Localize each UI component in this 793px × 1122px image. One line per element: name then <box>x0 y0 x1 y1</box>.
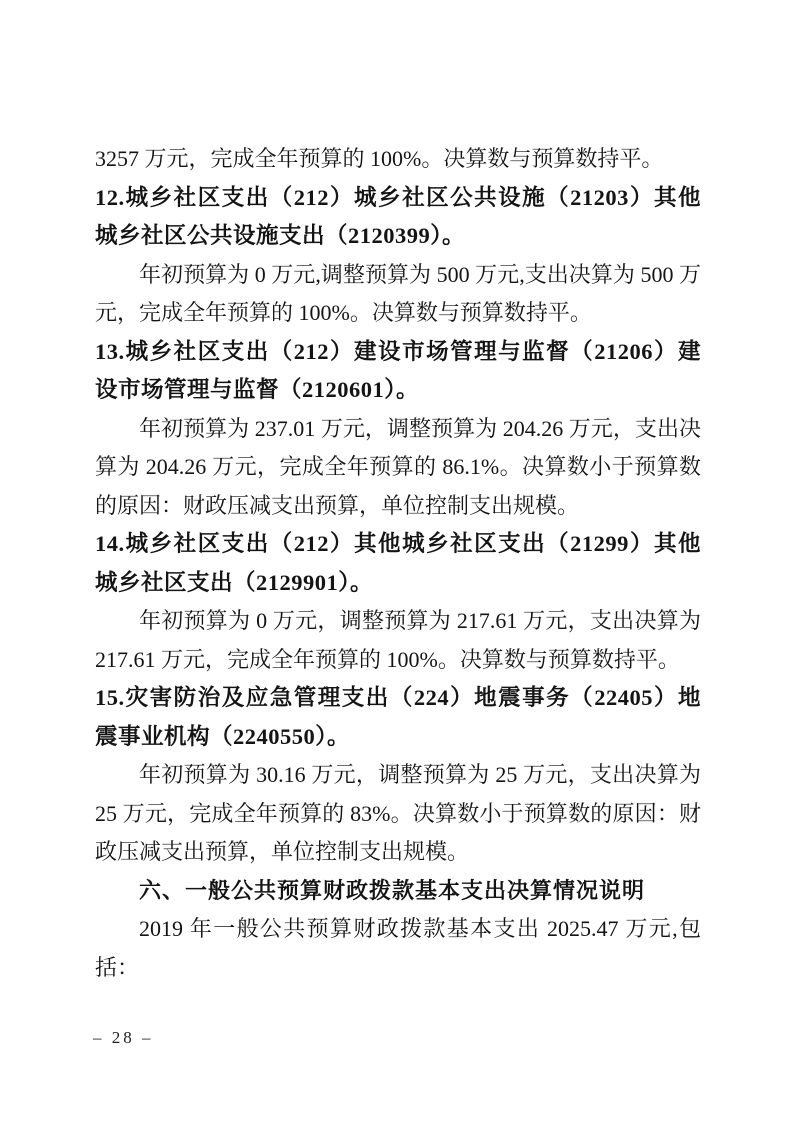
paragraph-item-14: 年初预算为 0 万元，调整预算为 217.61 万元，支出决算为 217.61 … <box>95 602 701 679</box>
document-page: 3257 万元，完成全年预算的 100%。决算数与预算数持平。 12.城乡社区支… <box>0 0 793 1122</box>
item-heading-12: 12.城乡社区支出（212）城乡社区公共设施（21203）其他城乡社区公共设施支… <box>95 179 701 256</box>
paragraph-basic-expenditure-intro: 2019 年一般公共预算财政拨款基本支出 2025.47 万元,包括： <box>95 910 701 987</box>
document-body: 3257 万元，完成全年预算的 100%。决算数与预算数持平。 12.城乡社区支… <box>95 140 701 987</box>
paragraph-continuation: 3257 万元，完成全年预算的 100%。决算数与预算数持平。 <box>95 140 701 179</box>
item-heading-13: 13.城乡社区支出（212）建设市场管理与监督（21206）建设市场管理与监督（… <box>95 333 701 410</box>
section-heading-6: 六、一般公共预算财政拨款基本支出决算情况说明 <box>95 872 701 911</box>
paragraph-item-12: 年初预算为 0 万元,调整预算为 500 万元,支出决算为 500 万元，完成全… <box>95 256 701 333</box>
paragraph-item-15: 年初预算为 30.16 万元，调整预算为 25 万元，支出决算为 25 万元，完… <box>95 756 701 872</box>
item-heading-15: 15.灾害防治及应急管理支出（224）地震事务（22405）地震事业机构（224… <box>95 679 701 756</box>
page-number: – 28 – <box>93 1028 154 1048</box>
item-heading-14: 14.城乡社区支出（212）其他城乡社区支出（21299）其他城乡社区支出（21… <box>95 525 701 602</box>
paragraph-item-13: 年初预算为 237.01 万元，调整预算为 204.26 万元，支出决算为 20… <box>95 410 701 526</box>
